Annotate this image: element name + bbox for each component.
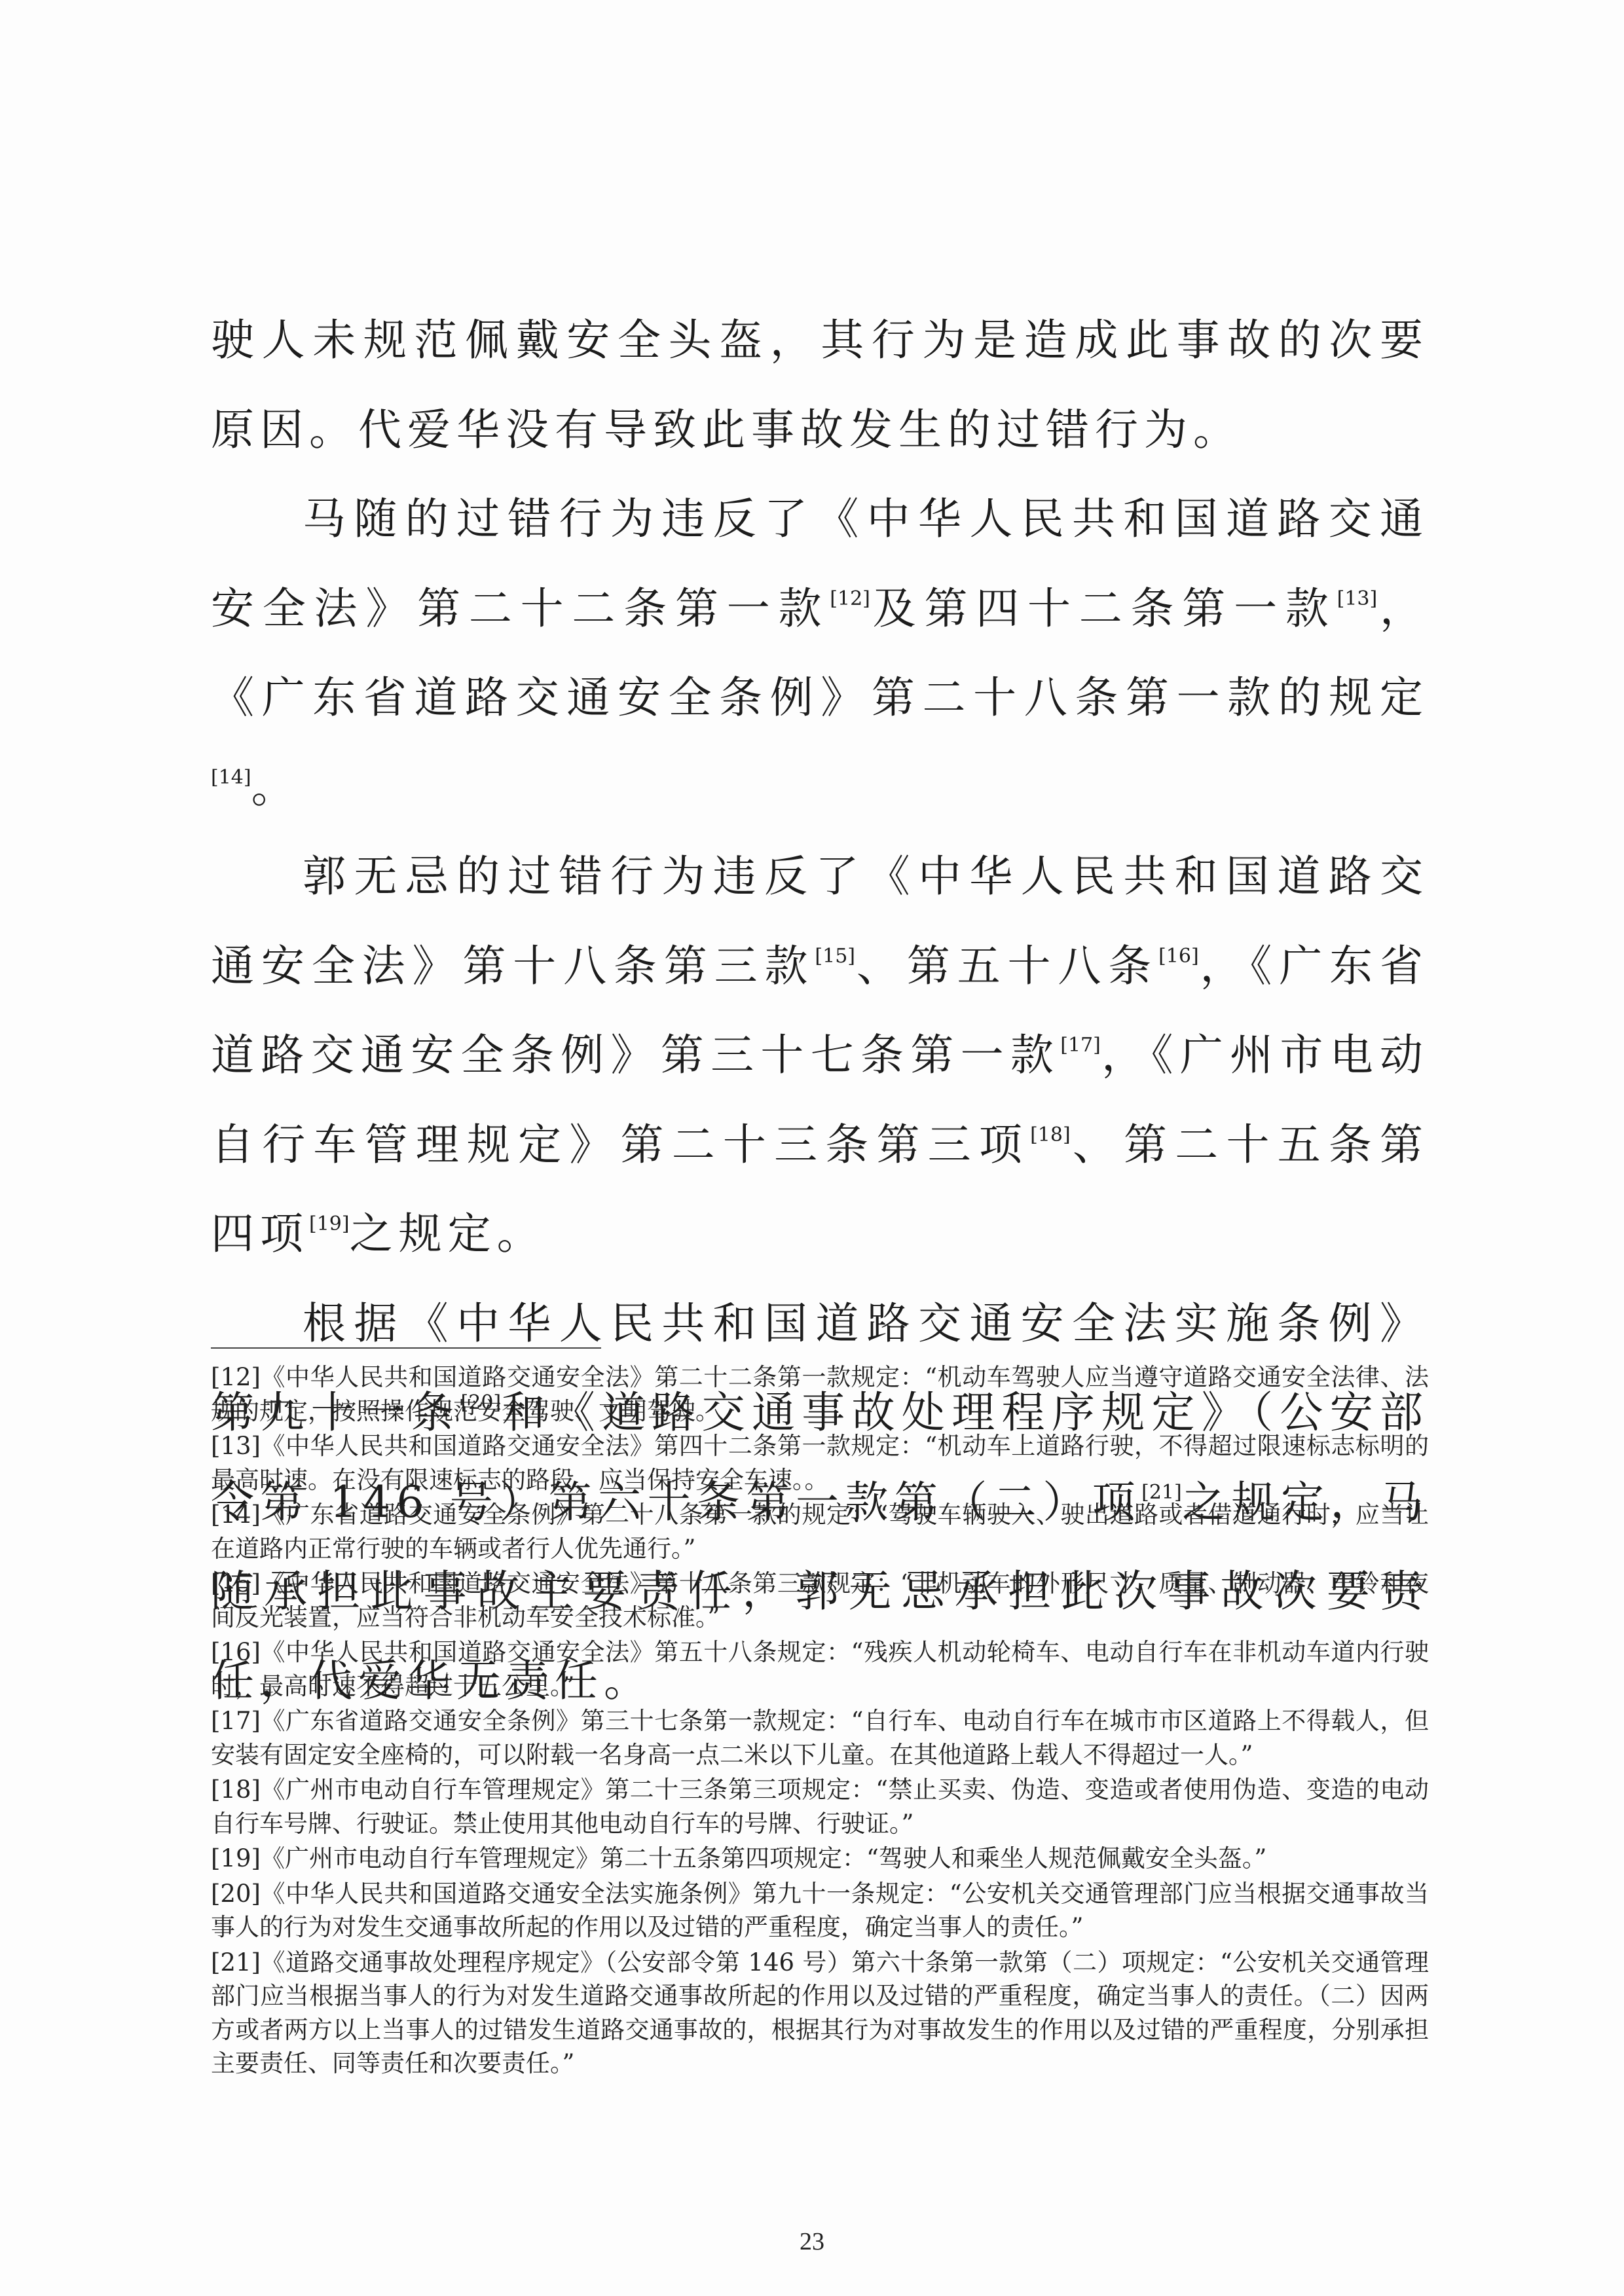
body-paragraph: 马随的过错行为违反了《中华人民共和国道路交通安全法》第二十二条第一款[12]及第… bbox=[211, 475, 1429, 832]
footnote-number: [12] bbox=[211, 1363, 261, 1391]
footnote-reference[interactable]: [13] bbox=[1337, 587, 1378, 610]
footnote-number: [13] bbox=[211, 1432, 261, 1460]
footnote: [18]《广州市电动自行车管理规定》第二十三条第三项规定：“禁止买卖、伪造、变造… bbox=[211, 1773, 1429, 1840]
page-number: 23 bbox=[0, 2227, 1624, 2256]
body-text-segment: 、第五十八条 bbox=[855, 941, 1158, 991]
footnote-text: 《广东省道路交通安全条例》第三十七条第一款规定：“自行车、电动自行车在城市市区道… bbox=[211, 1707, 1429, 1769]
footnote-text: 《中华人民共和国道路交通安全法实施条例》第九十一条规定：“公安机关交通管理部门应… bbox=[211, 1880, 1429, 1942]
footnote-number: [14] bbox=[211, 1501, 261, 1529]
footnote-reference[interactable]: [16] bbox=[1158, 945, 1199, 968]
body-text-segment: 。 bbox=[251, 762, 301, 812]
footnote-separator bbox=[211, 1347, 601, 1349]
body-text-segment: 及第四十二条第一款 bbox=[870, 583, 1337, 634]
body-paragraph: 郭无忌的过错行为违反了《中华人民共和国道路交通安全法》第十八条第三款[15]、第… bbox=[211, 832, 1429, 1279]
footnote: [21]《道路交通事故处理程序规定》（公安部令第 146 号）第六十条第一款第（… bbox=[211, 1946, 1429, 2081]
footnote-number: [16] bbox=[211, 1638, 261, 1666]
footnote: [15]《中华人民共和国道路交通安全法》第十八条第三款规定：“非机动车的外形尺寸… bbox=[211, 1567, 1429, 1634]
footnote: [13]《中华人民共和国道路交通安全法》第四十二条第一款规定：“机动车上道路行驶… bbox=[211, 1429, 1429, 1497]
footnote-text: 《广州市电动自行车管理规定》第二十五条第四项规定：“驾驶人和乘坐人规范佩戴安全头… bbox=[261, 1844, 1266, 1872]
footnote-reference[interactable]: [18] bbox=[1030, 1123, 1071, 1146]
footnote-number: [18] bbox=[211, 1776, 261, 1804]
body-paragraph: 驶人未规范佩戴安全头盔，其行为是造成此事故的次要原因。代爱华没有导致此事故发生的… bbox=[211, 296, 1429, 475]
footnote: [20]《中华人民共和国道路交通安全法实施条例》第九十一条规定：“公安机关交通管… bbox=[211, 1877, 1429, 1944]
footnote-reference[interactable]: [15] bbox=[815, 945, 855, 968]
footnote: [14]《广东省道路交通安全条例》第二十八条第一款的规定：“驾驶车辆驶入、驶出道… bbox=[211, 1498, 1429, 1565]
footnote-text: 《广东省道路交通安全条例》第二十八条第一款的规定：“驾驶车辆驶入、驶出道路或者借… bbox=[211, 1501, 1429, 1563]
footnote-text: 《道路交通事故处理程序规定》（公安部令第 146 号）第六十条第一款第（二）项规… bbox=[211, 1948, 1429, 2078]
footnote: [16]《中华人民共和国道路交通安全法》第五十八条规定：“残疾人机动轮椅车、电动… bbox=[211, 1635, 1429, 1703]
footnotes: [12]《中华人民共和国道路交通安全法》第二十二条第一款规定：“机动车驾驶人应当… bbox=[211, 1360, 1429, 2082]
footnote-text: 《中华人民共和国道路交通安全法》第四十二条第一款规定：“机动车上道路行驶，不得超… bbox=[211, 1432, 1429, 1494]
footnote: [12]《中华人民共和国道路交通安全法》第二十二条第一款规定：“机动车驾驶人应当… bbox=[211, 1360, 1429, 1428]
footnote-number: [20] bbox=[211, 1880, 261, 1908]
footnote-text: 《中华人民共和国道路交通安全法》第十八条第三款规定：“非机动车的外形尺寸、质量、… bbox=[211, 1569, 1429, 1631]
footnote-text: 《中华人民共和国道路交通安全法》第二十二条第一款规定：“机动车驾驶人应当遵守道路… bbox=[211, 1363, 1429, 1425]
footnote-reference[interactable]: [12] bbox=[830, 587, 870, 610]
footnote-reference[interactable]: [17] bbox=[1060, 1034, 1101, 1057]
footnote-text: 《中华人民共和国道路交通安全法》第五十八条规定：“残疾人机动轮椅车、电动自行车在… bbox=[211, 1638, 1429, 1700]
footnote-number: [15] bbox=[211, 1569, 261, 1597]
footnote-number: [21] bbox=[211, 1948, 261, 1977]
footnote-reference[interactable]: [14] bbox=[211, 766, 251, 789]
document-page: 驶人未规范佩戴安全头盔，其行为是造成此事故的次要原因。代爱华没有导致此事故发生的… bbox=[0, 0, 1624, 2296]
body-text-segment: 之规定。 bbox=[350, 1209, 546, 1259]
footnote: [19]《广州市电动自行车管理规定》第二十五条第四项规定：“驾驶人和乘坐人规范佩… bbox=[211, 1842, 1429, 1876]
footnote-text: 《广州市电动自行车管理规定》第二十三条第三项规定：“禁止买卖、伪造、变造或者使用… bbox=[211, 1776, 1429, 1838]
footnote: [17]《广东省道路交通安全条例》第三十七条第一款规定：“自行车、电动自行车在城… bbox=[211, 1704, 1429, 1772]
body-text-segment: 驶人未规范佩戴安全头盔，其行为是造成此事故的次要原因。代爱华没有导致此事故发生的… bbox=[211, 315, 1429, 455]
footnote-reference[interactable]: [19] bbox=[309, 1212, 350, 1235]
footnote-number: [17] bbox=[211, 1707, 261, 1735]
footnote-number: [19] bbox=[211, 1844, 261, 1872]
